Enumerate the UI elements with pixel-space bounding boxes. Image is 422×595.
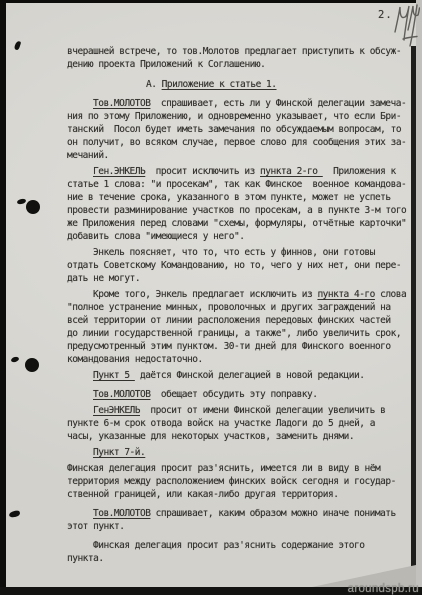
para-point5: Пункт 5 даётся Финской делегацией в ново… [67,369,418,382]
underlined-text: пункта 2-го [260,166,323,177]
para-finnish-delegation-clarify: Финская делегация просит раз'яснить соде… [67,539,418,565]
text-run: этот пункт. [67,521,124,532]
text-run: Финская делегация просит раз'яснить соде… [93,540,364,551]
para-molotov-question: Тов.МОЛОТОВ спрашивает, есть ли у Финско… [67,97,418,162]
heading-annex-article-1: А. Приложение к статье 1. [67,78,418,91]
text-run: отдать Советскому Командованию, но то, ч… [67,260,401,271]
para-enkel-clarifies: Энкель поясняет, что то, что есть у финн… [67,246,418,285]
para-enkel-point2: Ген.ЭНКЕЛЬ просит исключить из пункта 2-… [67,165,418,243]
text-run: спрашивает, есть ли у Финской делегации … [150,98,406,109]
text-run: спрашивает, каким образом можно иначе по… [150,508,395,519]
scanned-document-page: 2. вчерашней встрече, то тов.Молотов пре… [0,0,422,595]
para-molotov-promise: Тов.МОЛОТОВ обещает обсудить эту поправк… [67,388,418,401]
para-continuation: вчерашней встрече, то тов.Молотов предла… [67,45,418,71]
text-run: пункта. [67,553,104,564]
underlined-text: Тов.МОЛОТОВ [93,389,150,400]
text-run: командования недостаточно. [67,354,203,365]
ink-blot [17,198,27,205]
underlined-text: Тов.МОЛОТОВ [93,508,150,519]
handwritten-page-number [391,2,420,47]
text-run: же Приложения перед словами "схемы, форм… [67,218,406,229]
text-run: просит исключить из [145,166,260,177]
underlined-text: Тов.МОЛОТОВ [93,98,150,109]
text-run: ственной границей, или какая-либо другая… [67,489,338,500]
text-run: дать не могут. [67,273,140,284]
text-run: Финская делегация просит раз'яснить, име… [67,463,380,474]
para-enkel-point4: Кроме того, Энкель предлагает исключить … [67,288,418,366]
text-run: "полное устранение минных, проволочных и… [67,302,391,313]
document-body: вчерашней встрече, то тов.Молотов предла… [67,45,418,568]
ink-blot [10,356,19,363]
text-run: пункте 6-м срок отвода войск на участке … [67,418,375,429]
text-run: Кроме того, Энкель предлагает исключить … [93,289,317,300]
punch-hole-mark [25,358,39,372]
text-run: всей территории от линии расположения пе… [67,315,391,326]
punch-hole-mark [26,200,40,214]
ink-blot [14,40,22,50]
text-run: обещает обсудить эту поправку. [150,389,317,400]
text-run: ния по этому Приложению, и одновременно … [67,111,401,122]
underlined-text: Ген.ЭНКЕЛЬ [93,166,145,177]
para-finnish-delegation-point7: Финская делегация просит раз'яснить, име… [67,462,418,501]
text-run: Приложения к [323,166,396,177]
text-run: статье 1 слова: "и просекам", так как Фи… [67,179,406,190]
text-run: даётся Финской делегацией в новой редакц… [135,370,365,381]
text-run: Энкель поясняет, что то, что есть у финн… [93,247,375,258]
underlined-text: Приложение к статье 1. [162,79,277,90]
watermark: aroundspb.ru [348,583,419,595]
text-run: добавить слова "имеющиеся у него". [67,231,244,242]
ink-blot [8,510,20,518]
underlined-text: пункта 4-го [317,289,374,300]
text-run: дению проекта Приложений к Соглашению. [67,59,265,70]
underlined-text: ГенЭНКЕЛЬ [93,405,140,416]
text-run: А. [146,79,162,90]
text-run: до линии государственной границы, а такж… [67,328,401,339]
underlined-text: Пункт 7-й. [93,447,145,458]
text-run: просит от имени Финской делегации увелич… [140,405,385,416]
text-run: часы, указанные для некоторых участков, … [67,431,354,442]
text-run: он получит, во всяком случае, первое сло… [67,137,406,148]
heading-point7: Пункт 7-й. [67,446,418,459]
text-run: территория между расположением финских в… [67,476,396,487]
scan-edge-top [0,0,422,3]
text-run: вчерашней встрече, то тов.Молотов предла… [67,46,401,57]
scan-edge-left [0,0,6,595]
text-run: предусмотренный этим пунктом. 30-ти дней… [67,341,391,352]
text-run: провести разминирование участков по прос… [67,205,406,216]
underlined-text: Пункт 5 [93,370,135,381]
para-enkel-point6: ГенЭНКЕЛЬ просит от имени Финской делега… [67,404,418,443]
para-molotov-how-else: Тов.МОЛОТОВ спрашивает, каким образом мо… [67,507,418,533]
pencil-scribble-icon [391,2,420,47]
text-run: ние в течение срока, указанного в этом п… [67,192,391,203]
text-run: слова [375,289,406,300]
text-run: танский Посол будет иметь замечания по о… [67,124,401,135]
text-run: мечаний. [67,150,109,161]
